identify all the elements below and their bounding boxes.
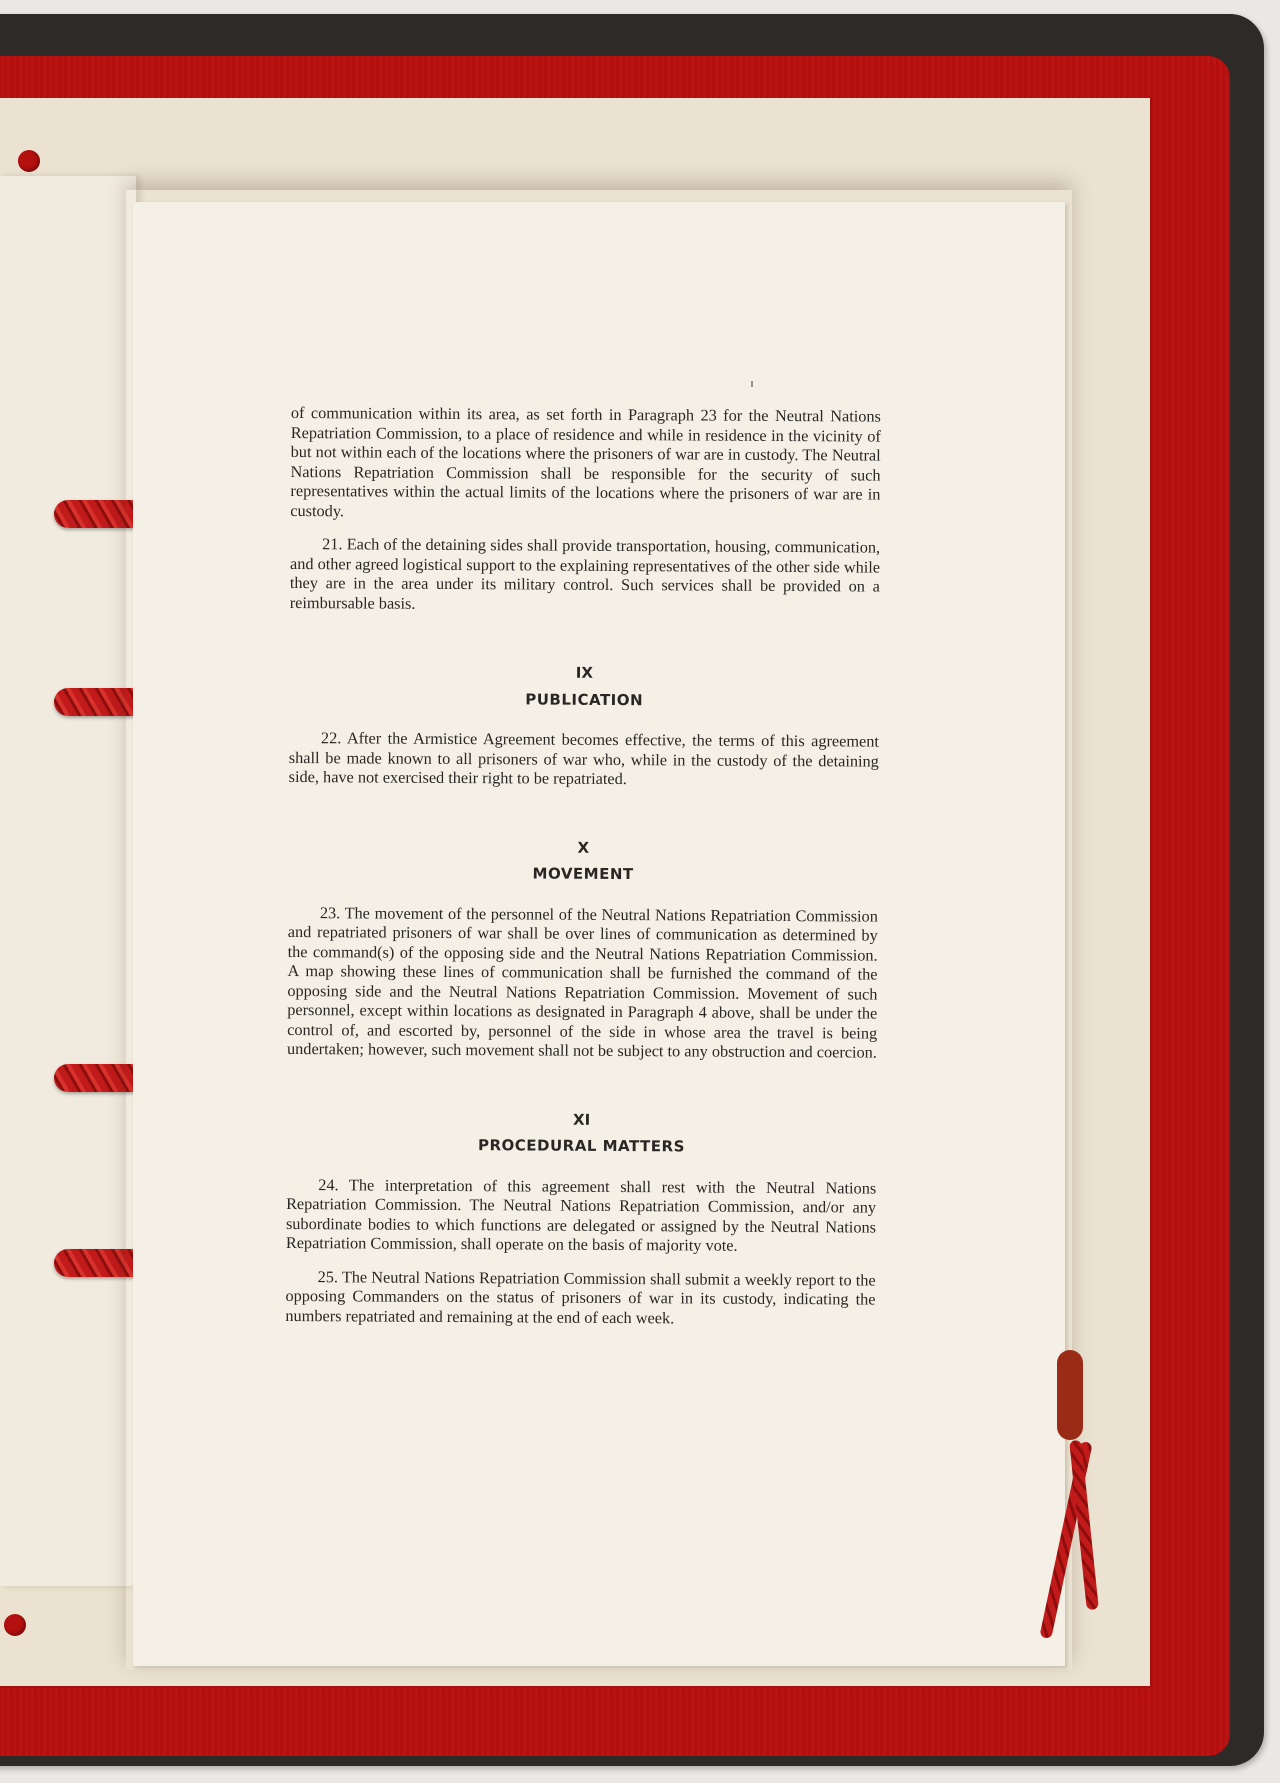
paragraph-24: 24. The interpretation of this agreement… (286, 1174, 876, 1256)
cord-hole-icon (4, 1614, 26, 1636)
section-title-procedural-matters: PROCEDURAL MATTERS (286, 1135, 876, 1158)
wax-seal-icon (1057, 1350, 1083, 1440)
cord-hole-icon (18, 150, 40, 172)
paragraph-22: 22. After the Armistice Agreement become… (289, 728, 879, 790)
paragraph-23: 23. The movement of the personnel of the… (287, 902, 878, 1062)
section-title-movement: MOVEMENT (288, 863, 878, 886)
paragraph-21: 21. Each of the detaining sides shall pr… (290, 534, 880, 616)
paragraph-25: 25. The Neutral Nations Repatriation Com… (285, 1266, 875, 1328)
section-number-xi: XI (287, 1108, 877, 1131)
paper-speck (751, 381, 753, 387)
document-text: of communication within its area, as set… (285, 403, 881, 1343)
section-number-ix: IX (289, 662, 879, 685)
section-title-publication: PUBLICATION (289, 688, 879, 711)
left-page-edge[interactable] (0, 176, 137, 1586)
continuation-paragraph: of communication within its area, as set… (290, 403, 881, 524)
section-number-x: X (288, 836, 878, 859)
